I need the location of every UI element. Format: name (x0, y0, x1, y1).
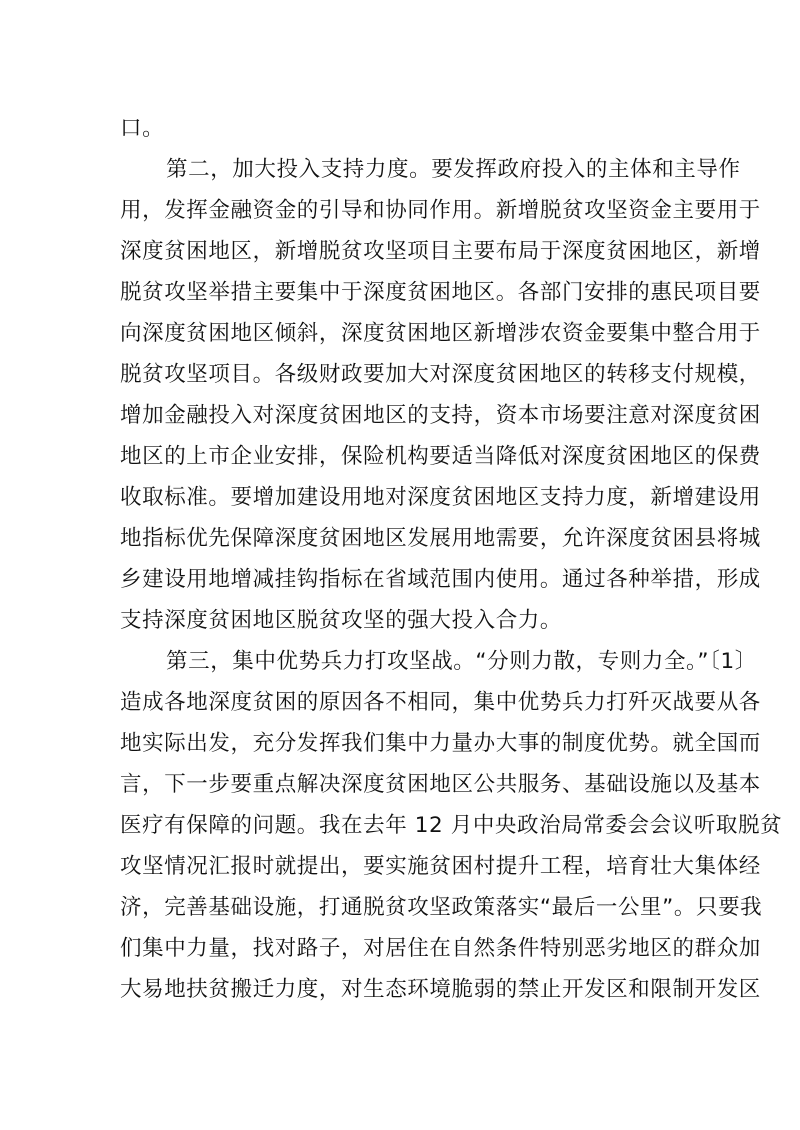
text-line: 地区的上市企业安排，保险机构要适当降低对深度贫困地区的保费 (120, 436, 680, 477)
text-line: 乡建设用地增减挂钩指标在省域范围内使用。通过各种举措，形成 (120, 559, 680, 600)
text-line: 地指标优先保障深度贫困地区发展用地需要，允许深度贫困县将城 (120, 518, 680, 559)
text-line: 造成各地深度贫困的原因各不相同，集中优势兵力打歼灭战要从各 (120, 682, 680, 723)
text-line: 脱贫攻坚项目。各级财政要加大对深度贫困地区的转移支付规模， (120, 354, 680, 395)
text-line: 攻坚情况汇报时就提出，要实施贫困村提升工程，培育壮大集体经 (120, 846, 680, 887)
text-line: 支持深度贫困地区脱贫攻坚的强大投入合力。 (120, 600, 680, 641)
text-line: 脱贫攻坚举措主要集中于深度贫困地区。各部门安排的惠民项目要 (120, 272, 680, 313)
text-line: 增加金融投入对深度贫困地区的支持，资本市场要注意对深度贫困 (120, 395, 680, 436)
text-line: 用，发挥金融资金的引导和协同作用。新增脱贫攻坚资金主要用于 (120, 190, 680, 231)
paragraph-start-line: 第二，加大投入支持力度。要发挥政府投入的主体和主导作 (120, 149, 680, 190)
text-line: 口。 (120, 108, 680, 149)
text-line: 向深度贫困地区倾斜，深度贫困地区新增涉农资金要集中整合用于 (120, 313, 680, 354)
paragraph-start-line: 第三，集中优势兵力打攻坚战。“分则力散，专则力全。”〔1〕 (120, 641, 680, 682)
text-line: 言，下一步要重点解决深度贫困地区公共服务、基础设施以及基本 (120, 764, 680, 805)
text-line: 大易地扶贫搬迁力度，对生态环境脆弱的禁止开发区和限制开发区 (120, 969, 680, 1010)
text-line: 深度贫困地区，新增脱贫攻坚项目主要布局于深度贫困地区，新增 (120, 231, 680, 272)
text-line: 济，完善基础设施，打通脱贫攻坚政策落实“最后一公里”。只要我 (120, 887, 680, 928)
text-line: 地实际出发，充分发挥我们集中力量办大事的制度优势。就全国而 (120, 723, 680, 764)
text-line: 医疗有保障的问题。我在去年 12 月中央政治局常委会会议听取脱贫 (120, 805, 680, 846)
text-line: 们集中力量，找对路子，对居住在自然条件特别恶劣地区的群众加 (120, 928, 680, 969)
text-line: 收取标准。要增加建设用地对深度贫困地区支持力度，新增建设用 (120, 477, 680, 518)
document-page: 口。 第二，加大投入支持力度。要发挥政府投入的主体和主导作 用，发挥金融资金的引… (120, 108, 680, 1010)
